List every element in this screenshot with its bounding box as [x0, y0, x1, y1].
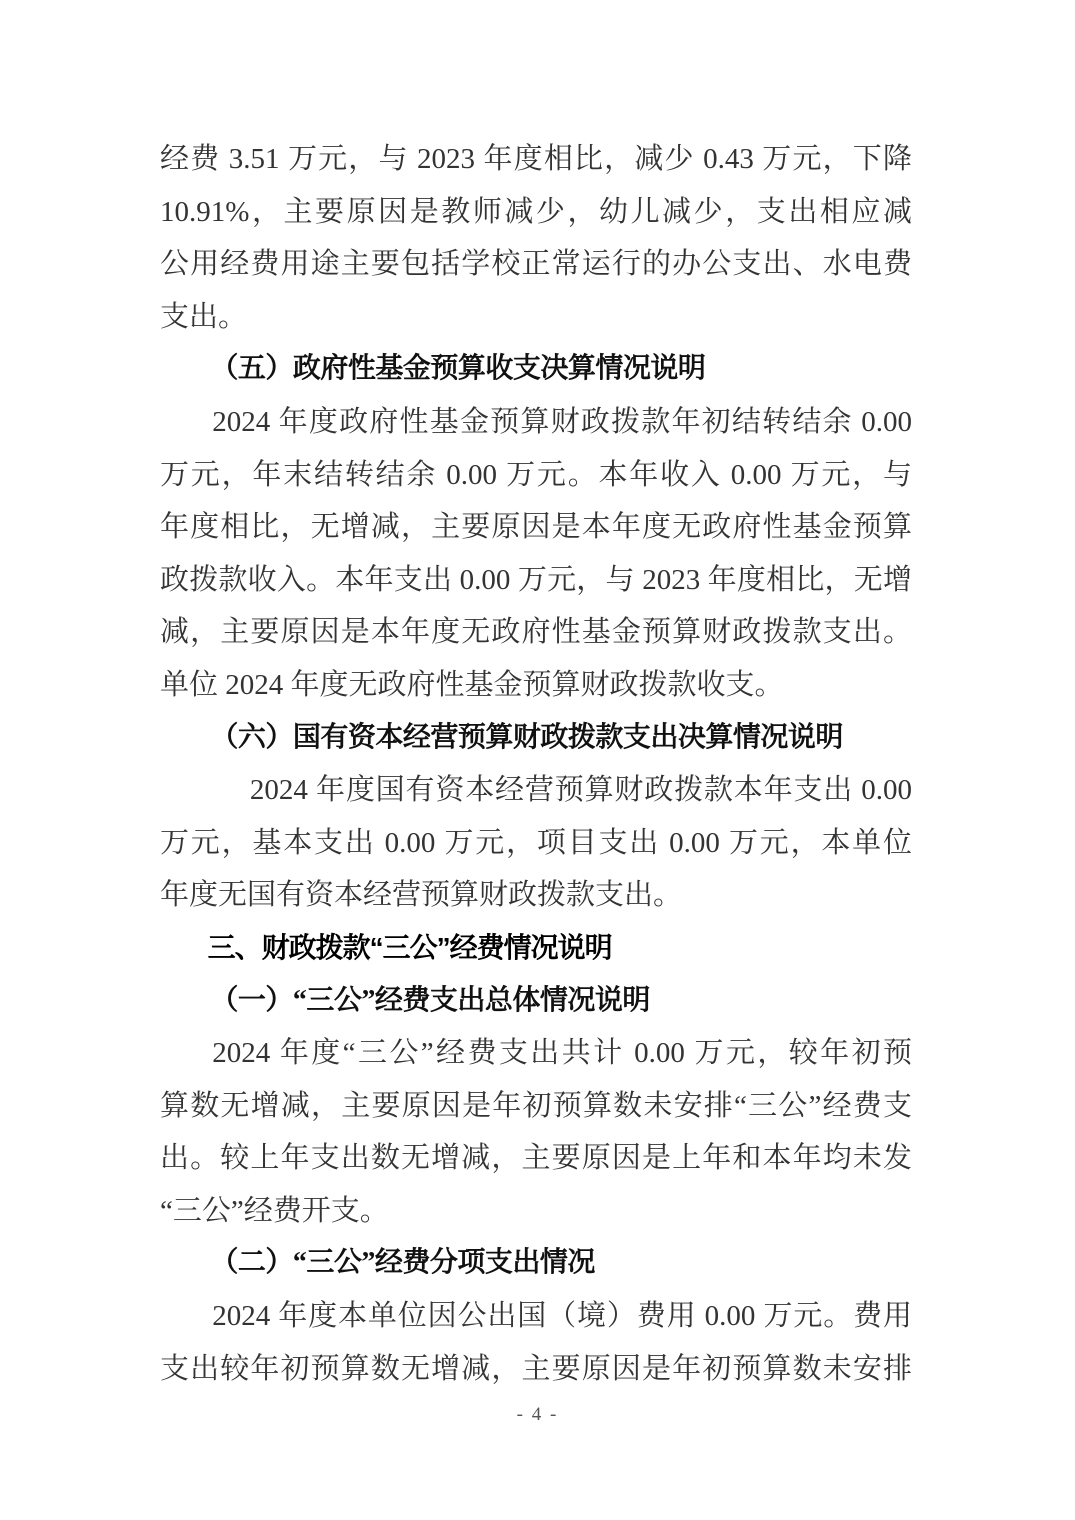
text-line: 经费 3.51 万元，与 2023 年度相比，减少 0.43 万元，下降 — [160, 133, 912, 186]
document-body: 经费 3.51 万元，与 2023 年度相比，减少 0.43 万元，下降10.9… — [160, 133, 912, 1395]
document-page: 经费 3.51 万元，与 2023 年度相比，减少 0.43 万元，下降10.9… — [0, 0, 1075, 1520]
text-line: 政拨款收入。本年支出 0.00 万元，与 2023 年度相比，无增 — [160, 554, 912, 607]
text-line: 减，主要原因是本年度无政府性基金预算财政拨款支出。本 — [160, 606, 912, 659]
text-line: 公用经费用途主要包括学校正常运行的办公支出、水电费等 — [160, 238, 912, 291]
text-line: 支出。 — [160, 291, 912, 344]
text-line: 年度无国有资本经营预算财政拨款支出。 — [160, 869, 912, 922]
page-number: - 4 - — [517, 1404, 559, 1425]
text-line: 2024 年度政府性基金预算财政拨款年初结转结余 0.00 — [160, 396, 912, 449]
text-line: 单位 2024 年度无政府性基金预算财政拨款收支。 — [160, 659, 912, 712]
text-line: 2024 年度“三公”经费支出共计 0.00 万元，较年初预 — [160, 1027, 912, 1080]
text-line: 年度相比，无增减，主要原因是本年度无政府性基金预算财 — [160, 501, 912, 554]
text-line: 2024 年度本单位因公出国（境）费用 0.00 万元。费用 — [160, 1290, 912, 1343]
text-line: 出。较上年支出数无增减，主要原因是上年和本年均未发生 — [160, 1132, 912, 1185]
section-heading: （二）“三公”经费分项支出情况 — [160, 1237, 912, 1290]
section-heading: （六）国有资本经营预算财政拨款支出决算情况说明 — [160, 712, 912, 765]
text-line: “三公”经费开支。 — [160, 1185, 912, 1238]
section-heading: 三、财政拨款“三公”经费情况说明 — [160, 922, 912, 975]
text-line: 万元，年末结转结余 0.00 万元。本年收入 0.00 万元，与 2023 — [160, 449, 912, 502]
text-line: 万元，基本支出 0.00 万元，项目支出 0.00 万元，本单位 2024 — [160, 817, 912, 870]
section-heading: （一）“三公”经费支出总体情况说明 — [160, 975, 912, 1028]
section-heading: （五）政府性基金预算收支决算情况说明 — [160, 343, 912, 396]
text-line: 10.91%，主要原因是教师减少，幼儿减少，支出相应减少。 — [160, 186, 912, 239]
text-line: 算数无增减，主要原因是年初预算数未安排“三公”经费支 — [160, 1080, 912, 1133]
page-footer: - 4 - — [0, 1404, 1075, 1426]
text-line: 2024 年度国有资本经营预算财政拨款本年支出 0.00 — [160, 764, 912, 817]
text-line: 支出较年初预算数无增减，主要原因是年初预算数未安排因 — [160, 1343, 912, 1396]
